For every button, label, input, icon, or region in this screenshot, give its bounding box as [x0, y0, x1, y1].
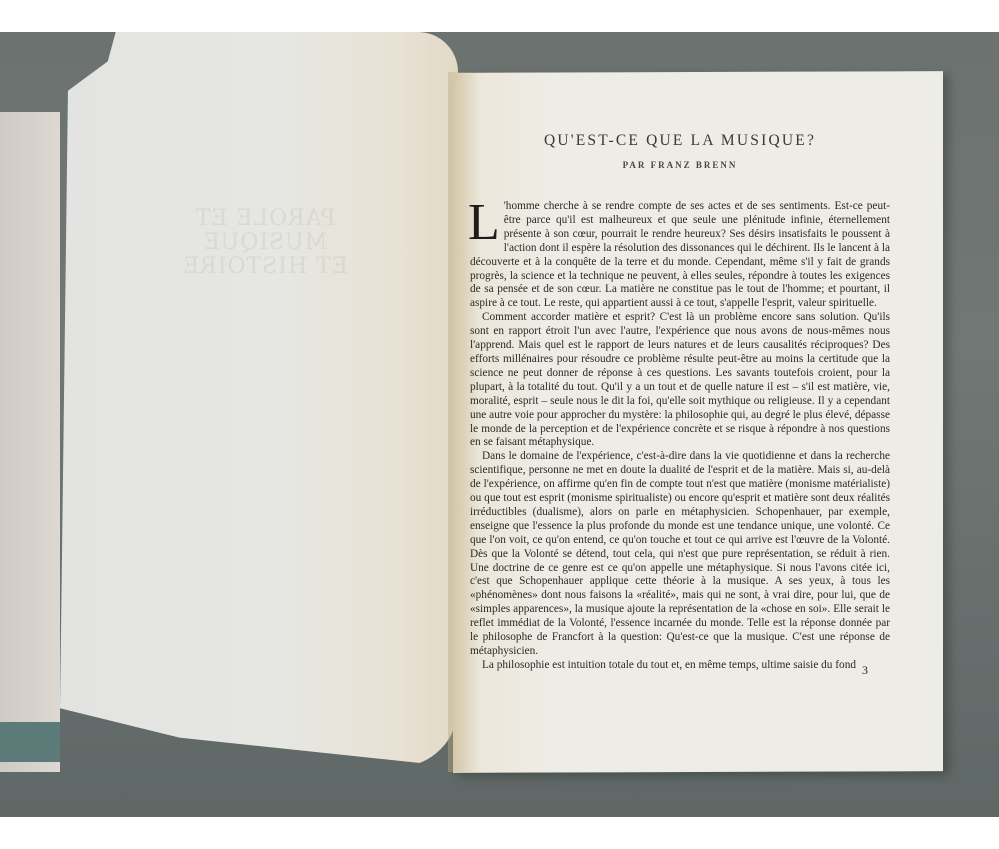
paragraph: Dans le domaine de l'expérience, c'est-à…	[470, 450, 890, 659]
right-page-content: QU'EST-CE QUE LA MUSIQUE? PAR FRANZ BREN…	[470, 88, 890, 673]
drop-cap: L	[468, 202, 500, 244]
paragraph: La philosophie est intuition totale du t…	[470, 659, 890, 673]
left-page	[60, 32, 458, 767]
paragraph: L'homme cherche à se rendre compte de se…	[470, 200, 890, 311]
paragraph: Comment accorder matière et esprit? C'es…	[470, 311, 890, 450]
page-number: 3	[862, 663, 868, 678]
chapter-title: QU'EST-CE QUE LA MUSIQUE?	[470, 88, 890, 150]
left-page-bleed-through-text: PAROLE ET MUSIQUE ET HISTOIRE	[165, 207, 365, 279]
book-cover-edge	[0, 722, 60, 762]
underlying-page-stack	[0, 112, 60, 772]
author-byline: PAR FRANZ BRENN	[470, 160, 890, 170]
article-body: L'homme cherche à se rendre compte de se…	[470, 200, 890, 673]
